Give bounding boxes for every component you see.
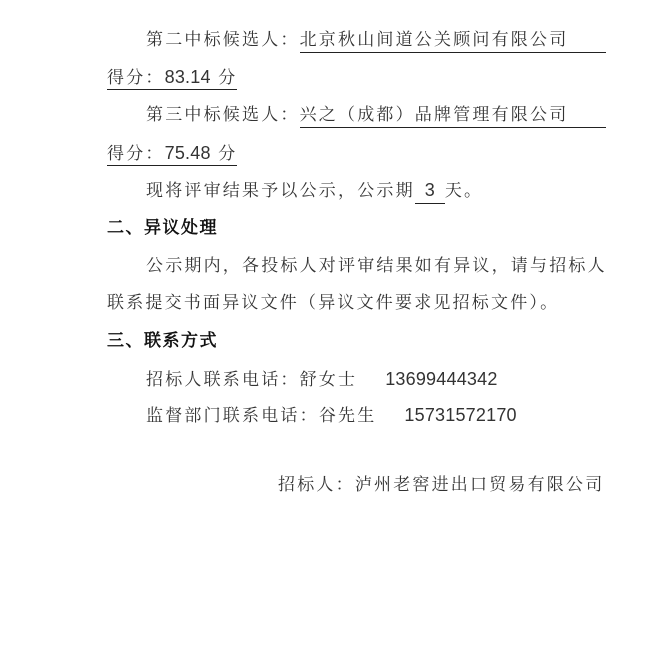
candidate-3-score-label: 得分：	[107, 144, 165, 164]
candidate-3-score-unit: 分	[218, 144, 237, 164]
candidate-2-score-line: 得分：83.14 分	[107, 66, 237, 89]
contact-supervisor: 监督部门联系电话：谷先生15731572170	[146, 404, 517, 427]
publicity-suffix: 天。	[445, 181, 483, 201]
candidate-3-label: 第三中标候选人：	[146, 105, 300, 125]
section-2-paragraph-line-2: 联系提交书面异议文件（异议文件要求见招标文件）。	[107, 292, 559, 314]
contact-tenderer-phone: 13699444342	[385, 369, 497, 389]
candidate-3-name-field: 兴之（成都）品牌管理有限公司	[300, 104, 606, 128]
candidate-2-label: 第二中标候选人：	[146, 30, 300, 50]
candidate-3-score-field: 得分：75.48 分	[107, 144, 237, 166]
contact-tenderer-person: 舒女士	[300, 370, 358, 390]
contact-tenderer-label: 招标人联系电话：	[146, 370, 300, 390]
candidate-2-name-field: 北京秋山间道公关顾问有限公司	[300, 29, 606, 53]
candidate-3-line: 第三中标候选人：兴之（成都）品牌管理有限公司	[146, 104, 606, 128]
signature-label: 招标人：	[278, 475, 355, 495]
publicity-days: 3	[425, 180, 435, 200]
candidate-3-score-line: 得分：75.48 分	[107, 142, 237, 165]
contact-supervisor-phone: 15731572170	[404, 405, 516, 425]
candidate-3-score: 75.48	[165, 143, 211, 163]
publicity-days-field: 3	[415, 179, 445, 204]
candidate-2-score-unit: 分	[218, 68, 237, 88]
publicity-line: 现将评审结果予以公示，公示期3天。	[146, 179, 483, 204]
section-2-paragraph-line-1: 公示期内，各投标人对评审结果如有异议，请与招标人	[146, 255, 607, 277]
signature-company: 泸州老窖进出口贸易有限公司	[355, 475, 605, 495]
contact-supervisor-person: 谷先生	[319, 406, 377, 426]
publicity-prefix: 现将评审结果予以公示，公示期	[146, 181, 415, 201]
candidate-2-score-label: 得分：	[107, 68, 165, 88]
candidate-2-score: 83.14	[165, 67, 211, 87]
candidate-2-line: 第二中标候选人：北京秋山间道公关顾问有限公司	[146, 29, 606, 53]
candidate-3-name: 兴之（成都）品牌管理有限公司	[300, 105, 569, 125]
candidate-2-name: 北京秋山间道公关顾问有限公司	[300, 30, 569, 50]
section-2-heading: 二、异议处理	[107, 217, 218, 239]
signature-line: 招标人：泸州老窖进出口贸易有限公司	[278, 474, 604, 496]
section-3-heading: 三、联系方式	[107, 330, 218, 352]
candidate-2-score-field: 得分：83.14 分	[107, 68, 237, 90]
contact-tenderer: 招标人联系电话：舒女士13699444342	[146, 368, 498, 391]
contact-supervisor-label: 监督部门联系电话：	[146, 406, 319, 426]
